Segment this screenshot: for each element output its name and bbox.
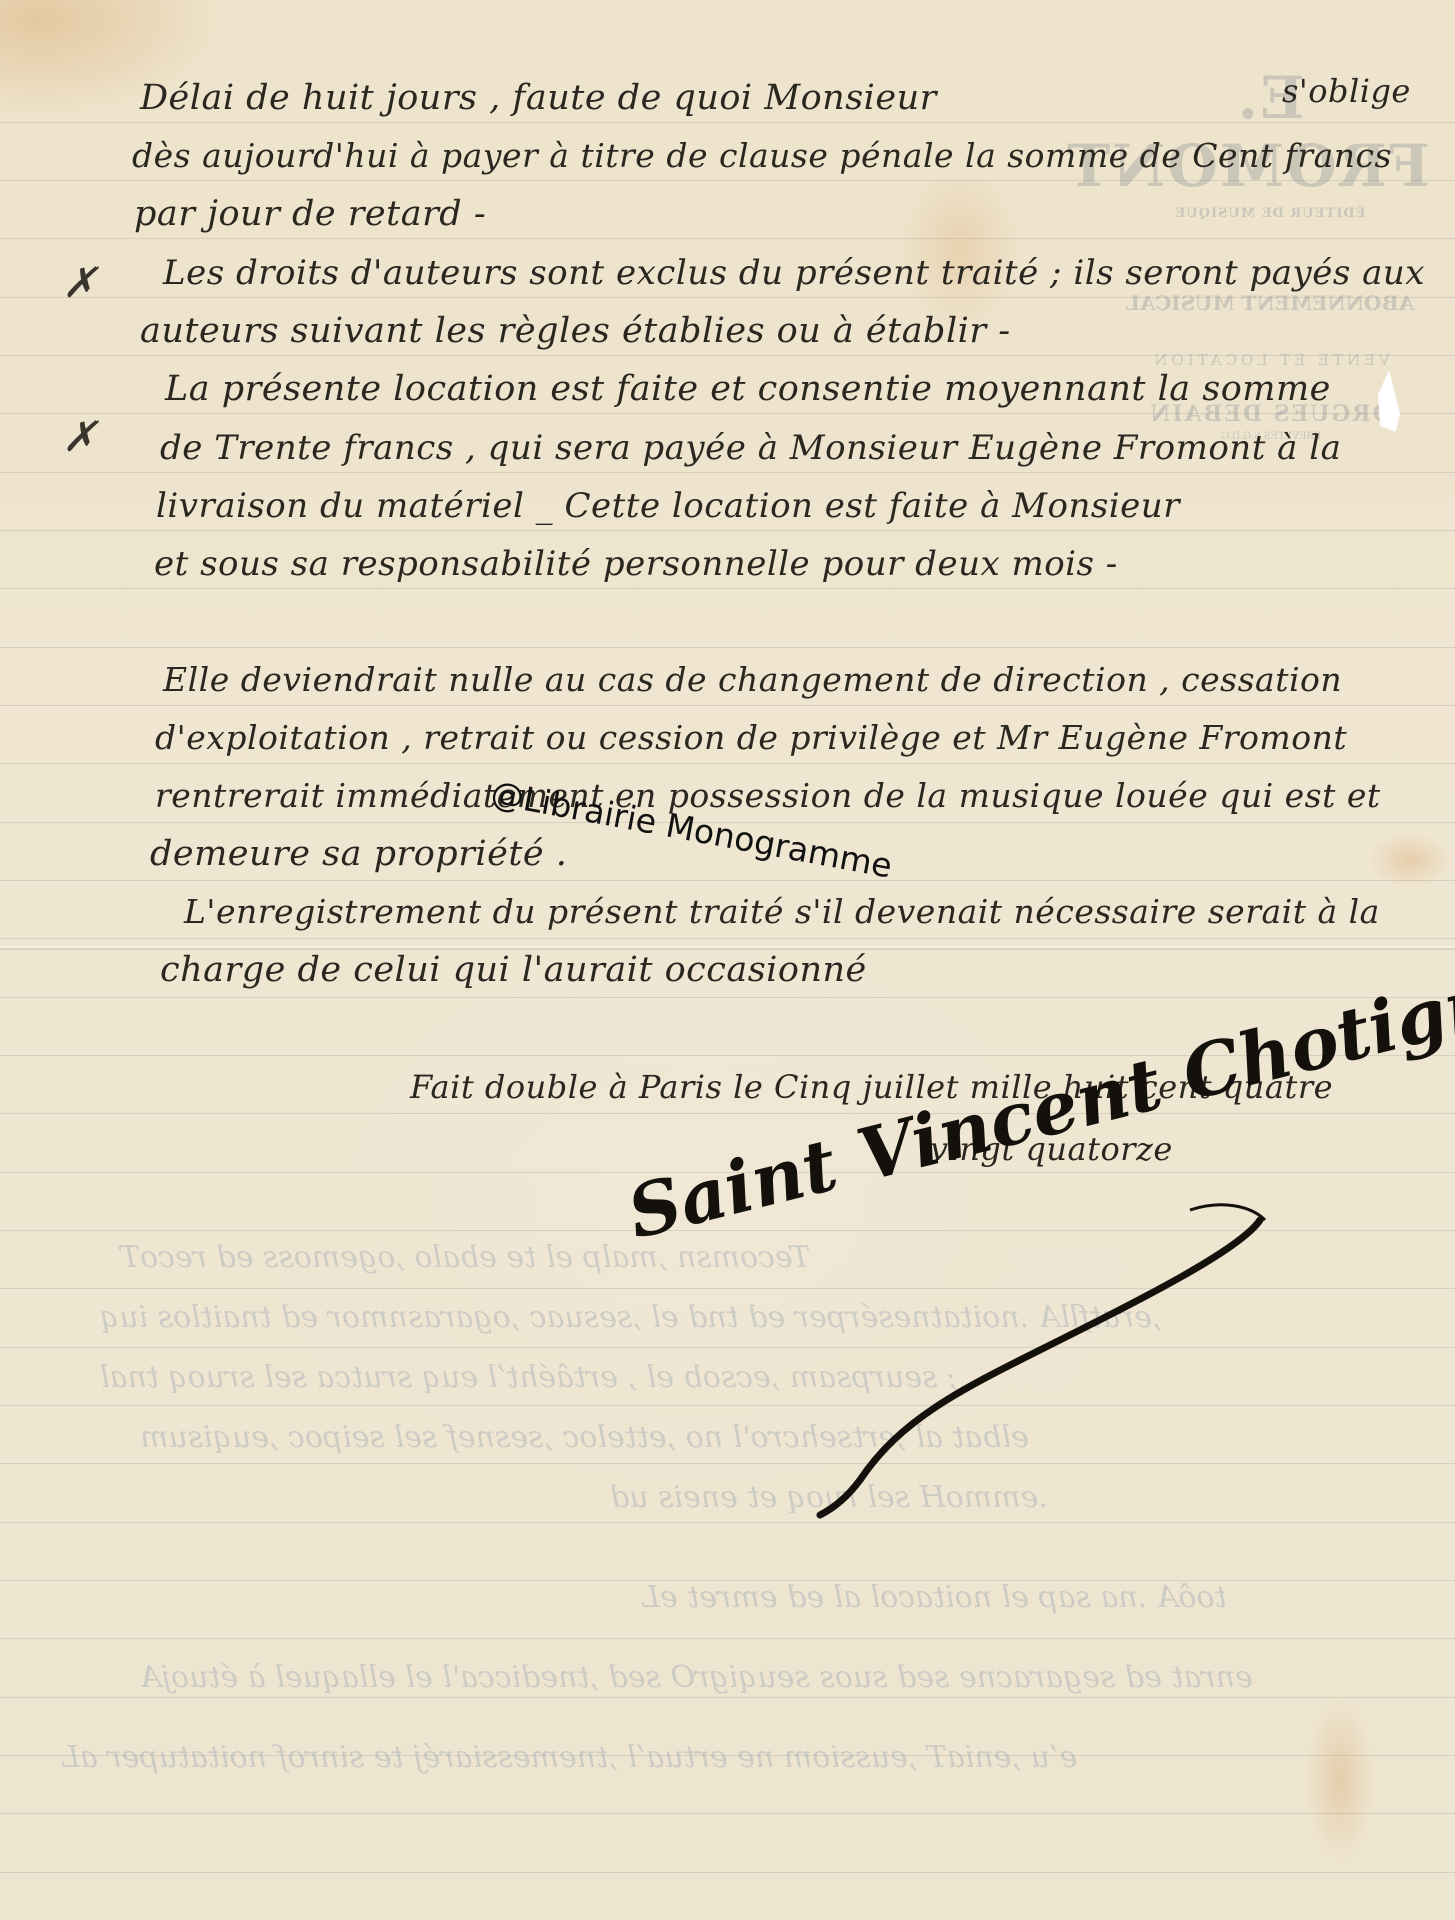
text-line: Elle deviendrait nulle au cas de changem…	[163, 660, 1342, 699]
text-line: auteurs suivant les règles établies ou à…	[140, 311, 1011, 351]
signature-flourish	[720, 1180, 1280, 1520]
document-page: E. FROMONT ÉDITEUR DE MUSIQUE ABONNEMENT…	[0, 0, 1455, 1920]
text-line: dès aujourd'hui à payer à titre de claus…	[132, 136, 1392, 175]
bleedthrough-text: Tecomsn ,malp el te ebalo ,ogemoss ed re…	[120, 1240, 810, 1275]
text-line: Les droits d'auteurs sont exclus du prés…	[163, 253, 1425, 293]
bleedthrough-text: enrat ed segaracne sed suos seuqigrO sed…	[140, 1660, 1253, 1695]
text-line: d'exploitation , retrait ou cession de p…	[155, 718, 1347, 757]
text-line: et sous sa responsabilité personnelle po…	[154, 544, 1118, 584]
text-line-tail: s'oblige	[1282, 72, 1411, 110]
letterhead-subtitle: ÉDITEUR DE MUSIQUE	[1110, 206, 1430, 221]
bleedthrough-text: eʼu ,eniaT ,eussiom ne ertuaʼl ,tnemessi…	[60, 1740, 1077, 1775]
bleedthrough-text: toôA .na sap el noitacol al ed emret eL	[640, 1580, 1227, 1615]
text-line: par jour de retard -	[134, 194, 486, 234]
margin-cross-mark: ✗	[62, 412, 97, 461]
text-line: La présente location est faite et consen…	[165, 369, 1331, 409]
letterhead-section: VENTE ET LOCATION	[1110, 351, 1430, 369]
text-line: livraison du matériel _ Cette location e…	[156, 486, 1180, 526]
text-line: Délai de huit jours , faute de quoi Mons…	[140, 78, 937, 118]
margin-cross-mark: ✗	[62, 258, 97, 307]
letterhead-section: ABONNEMENT MUSICAL	[1110, 291, 1430, 315]
text-line: L'enregistrement du présent traité s'il …	[184, 892, 1380, 931]
text-line: charge de celui qui l'aurait occasionné	[160, 950, 867, 990]
text-line: rentrerait immédiatement en possession d…	[155, 776, 1381, 815]
text-line: de Trente francs , qui sera payée à Mons…	[160, 428, 1341, 468]
text-line: demeure sa propriété .	[150, 834, 567, 874]
